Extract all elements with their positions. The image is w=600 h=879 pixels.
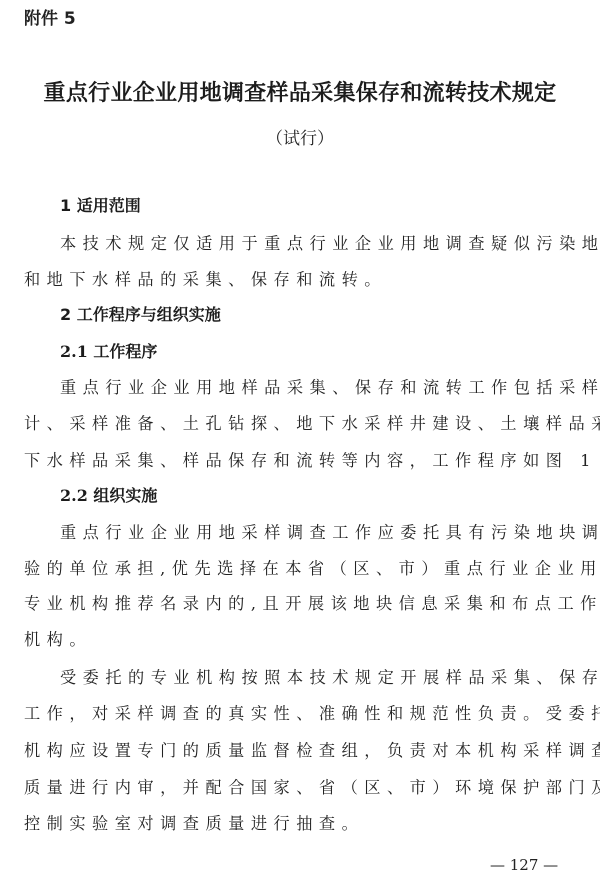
paragraph-line: 下水样品采集、样品保存和流转等内容，工作程序如图 1 所示。 — [24, 447, 570, 471]
paragraph-line: 质量进行内审，并配合国家、省（区、市）环境保护部门及其质量 — [24, 774, 570, 798]
section-heading-scope: 1 适用范围 — [60, 193, 141, 216]
section-heading-procedure: 2 工作程序与组织实施 — [60, 302, 221, 325]
paragraph-line: 专业机构推荐名录内的,且开展该地块信息采集和布点工作的专业 — [24, 590, 570, 614]
paragraph-line: 工作，对采样调查的真实性、准确性和规范性负责。受委托的专业 — [24, 700, 570, 724]
subsection-heading-work-procedure: 2.1 工作程序 — [60, 339, 157, 362]
document-title: 重点行业企业用地调查样品采集保存和流转技术规定 — [0, 76, 600, 107]
paragraph-line: 重点行业企业用地采样调查工作应委托具有污染地块调查经 — [60, 519, 570, 543]
paragraph-line: 受委托的专业机构按照本技术规定开展样品采集、保存和流转 — [60, 664, 570, 688]
document-subtitle: （试行） — [0, 124, 600, 149]
paragraph-line: 机构。 — [24, 626, 570, 650]
page-number: — 127 — — [490, 856, 558, 874]
attachment-label: 附件 5 — [24, 4, 76, 29]
subsection-heading-organization: 2.2 组织实施 — [60, 483, 157, 506]
paragraph-line: 验的单位承担,优先选择在本省（区、市）重点行业企业用地调查 — [24, 555, 570, 579]
paragraph-line: 控制实验室对调查质量进行抽查。 — [24, 810, 570, 834]
paragraph-line: 计、采样准备、土孔钻探、地下水采样井建设、土壤样品采集、地 — [24, 410, 570, 434]
paragraph-line: 本技术规定仅适用于重点行业企业用地调查疑似污染地块土壤 — [60, 230, 570, 254]
paragraph-line: 和地下水样品的采集、保存和流转。 — [24, 266, 570, 290]
paragraph-line: 机构应设置专门的质量监督检查组，负责对本机构采样调查工作的 — [24, 737, 570, 761]
paragraph-line: 重点行业企业用地样品采集、保存和流转工作包括采样方案设 — [60, 374, 570, 398]
